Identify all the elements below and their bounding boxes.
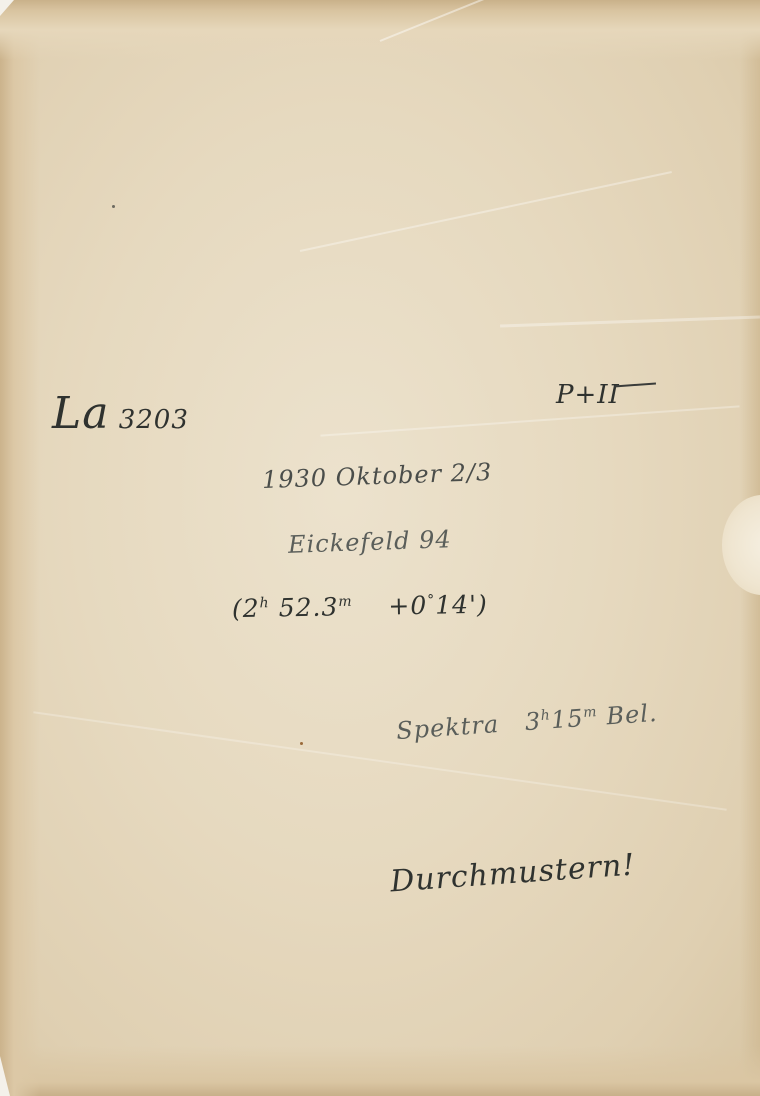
ra-hours: 2 bbox=[243, 594, 260, 623]
quality-mark: P+II bbox=[556, 380, 656, 410]
exposure-suffix: Bel. bbox=[605, 699, 658, 731]
spectra-label: Spektra bbox=[395, 710, 500, 745]
paper-crease bbox=[380, 0, 715, 42]
ra-minutes-unit: m bbox=[338, 594, 353, 610]
ra-minutes: 52.3 bbox=[278, 592, 338, 622]
document-sheet: La 3203 P+II 1930 Oktober 2/3 Eickefeld … bbox=[0, 0, 760, 1096]
exposure-minutes: 15 bbox=[550, 704, 584, 734]
field-name: Eickefeld 94 bbox=[288, 525, 453, 559]
paper-crease bbox=[500, 315, 760, 327]
coordinates: (2h 52.3m +0°14') bbox=[232, 590, 488, 623]
torn-corner bbox=[0, 1056, 10, 1096]
catalog-prefix: La bbox=[52, 388, 109, 439]
torn-corner bbox=[0, 0, 14, 16]
instruction-note: Durchmustern! bbox=[389, 847, 636, 899]
overline bbox=[614, 383, 656, 388]
observation-date: 1930 Oktober 2/3 bbox=[262, 458, 493, 494]
rust-speck bbox=[300, 742, 303, 745]
paper-crease bbox=[320, 405, 739, 436]
dec-minutes: 14 bbox=[435, 590, 469, 620]
ink-speck bbox=[112, 205, 115, 208]
ra-hours-unit: h bbox=[259, 595, 269, 611]
dec-minutes-unit: ' bbox=[469, 590, 477, 619]
spectra-exposure: Spektra 3h15m Bel. bbox=[395, 699, 658, 745]
dec-degrees: +0 bbox=[388, 591, 427, 621]
catalog-number: 3203 bbox=[119, 405, 189, 435]
thumb-cutout bbox=[722, 495, 760, 595]
catalog-reference: La 3203 bbox=[52, 388, 189, 439]
quality-mark-text: P+II bbox=[556, 380, 620, 410]
exposure-minutes-unit: m bbox=[583, 704, 598, 721]
paper-crease bbox=[300, 171, 672, 252]
